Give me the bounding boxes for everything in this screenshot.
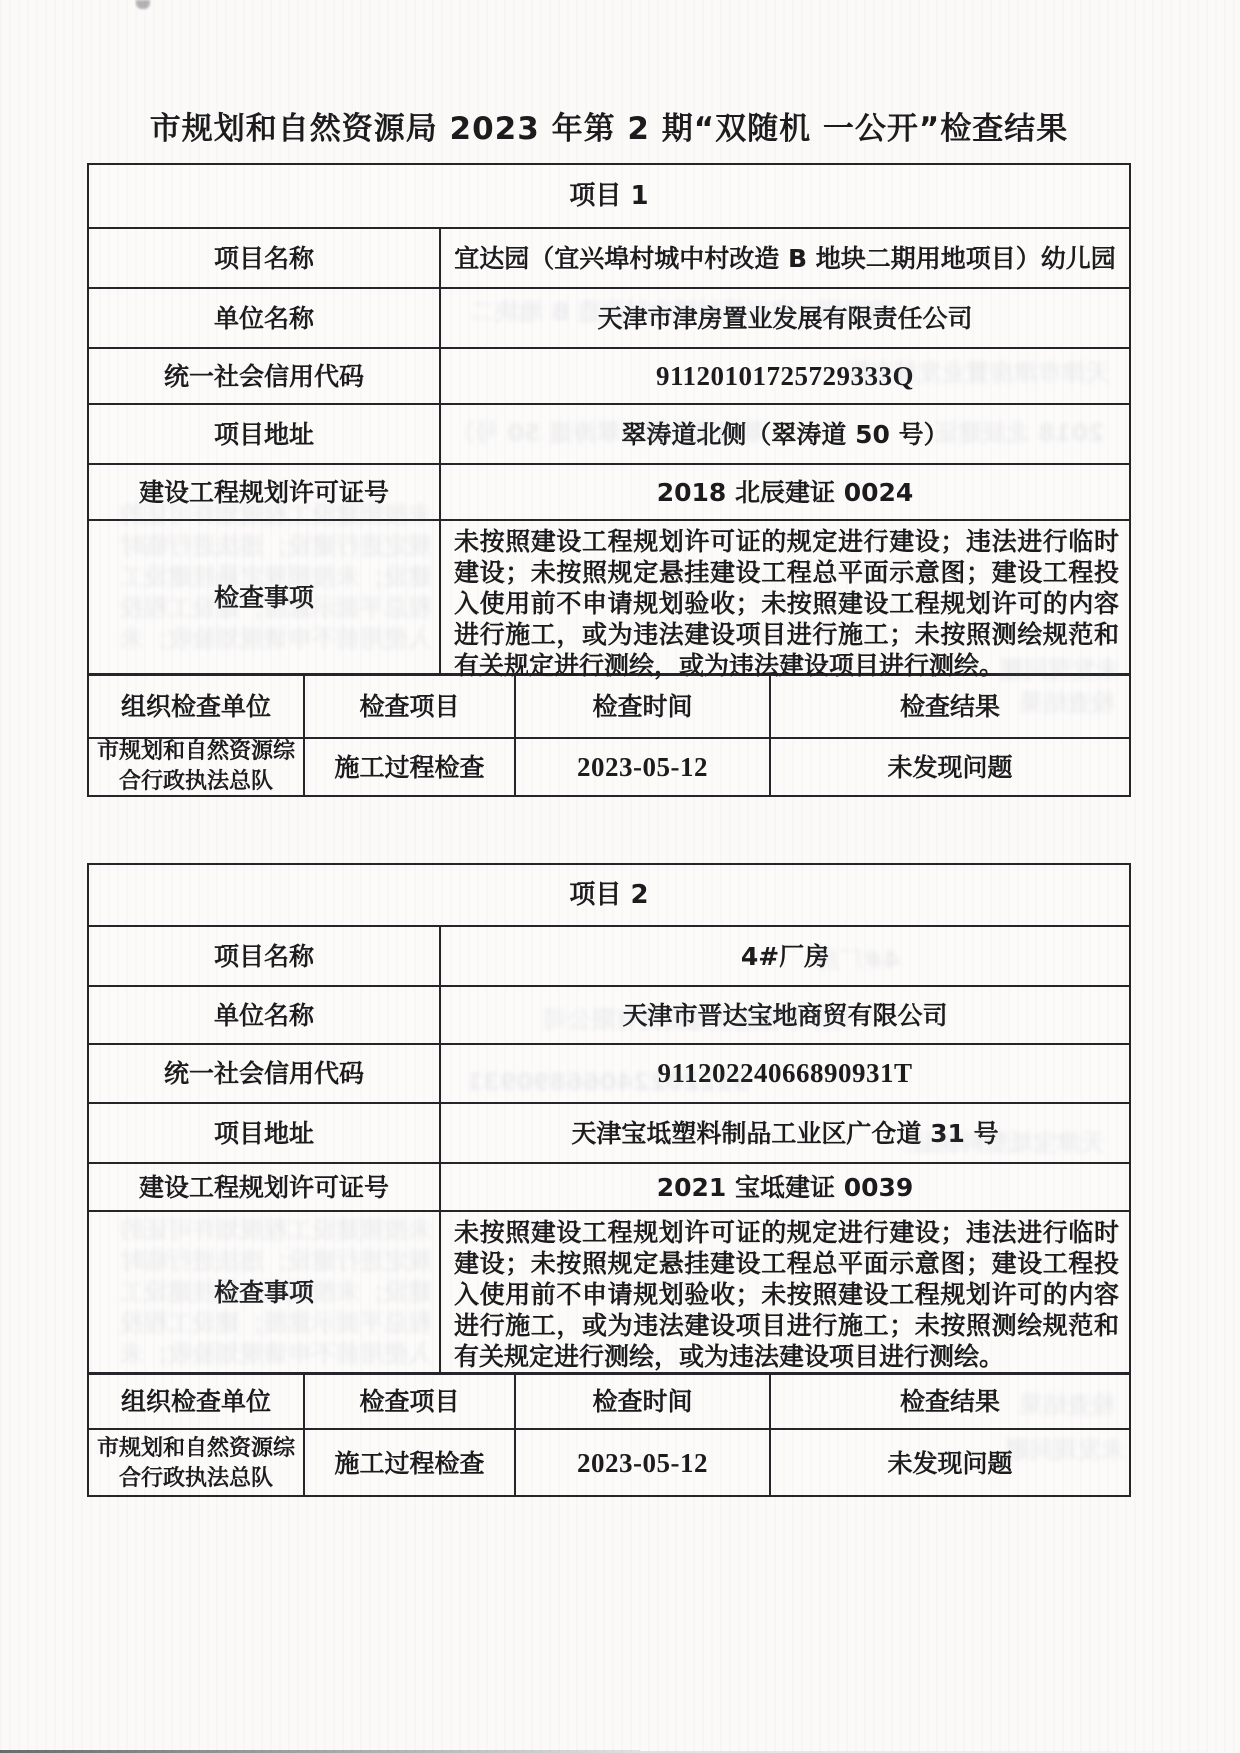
result-result: 未发现问题 — [769, 739, 1129, 795]
result-header-time: 检查时间 — [514, 1375, 769, 1428]
project-1-table: 项目 1 项目名称 宜达园（宜兴埠村城中村改造 B 地块二期用地项目）幼儿园 单… — [87, 163, 1131, 797]
result-time: 2023-05-12 — [514, 1430, 769, 1497]
field-label-address: 项目地址 — [89, 1104, 439, 1162]
result-data-row: 市规划和自然资源综合行政执法总队 施工过程检查 2023-05-12 未发现问题 — [89, 1428, 1129, 1497]
field-value-address: 翠涛道北侧（翠涛道 50 号） — [439, 405, 1129, 463]
field-label-inspection-items: 检查事项 — [89, 521, 439, 673]
field-value-permit-no: 2021 宝坻建证 0039 — [439, 1164, 1129, 1210]
result-item: 施工过程检查 — [303, 1430, 514, 1497]
field-value-credit-code: 91120224066890931T — [439, 1045, 1129, 1102]
field-label-address: 项目地址 — [89, 405, 439, 463]
result-header-item: 检查项目 — [303, 1375, 514, 1428]
result-time: 2023-05-12 — [514, 739, 769, 795]
field-value-permit-no: 2018 北辰建证 0024 — [439, 465, 1129, 519]
table-row-address: 项目地址 翠涛道北侧（翠涛道 50 号） — [89, 403, 1129, 463]
result-header-org: 组织检查单位 — [89, 676, 303, 737]
result-data-row: 市规划和自然资源综合行政执法总队 施工过程检查 2023-05-12 未发现问题 — [89, 737, 1129, 795]
field-value-inspection-items: 未按照建设工程规划许可证的规定进行建设；违法进行临时建设；未按照规定悬挂建设工程… — [439, 521, 1129, 673]
field-value-unit-name: 天津市晋达宝地商贸有限公司 — [439, 987, 1129, 1043]
table-row-unit-name: 单位名称 天津市晋达宝地商贸有限公司 — [89, 985, 1129, 1043]
table-row-project-name: 项目名称 4#厂房 — [89, 925, 1129, 985]
result-result: 未发现问题 — [769, 1430, 1129, 1497]
table-row-unit-name: 单位名称 天津市津房置业发展有限责任公司 — [89, 287, 1129, 347]
result-item: 施工过程检查 — [303, 739, 514, 795]
table-row-permit-no: 建设工程规划许可证号 2018 北辰建证 0024 — [89, 463, 1129, 519]
result-header-time: 检查时间 — [514, 676, 769, 737]
table-header-row: 项目 1 — [89, 165, 1129, 227]
table-header-row: 项目 2 — [89, 865, 1129, 925]
field-value-credit-code: 91120101725729333Q — [439, 349, 1129, 403]
result-org: 市规划和自然资源综合行政执法总队 — [89, 1430, 303, 1497]
field-value-unit-name: 天津市津房置业发展有限责任公司 — [439, 289, 1129, 347]
result-header-item: 检查项目 — [303, 676, 514, 737]
table-row-credit-code: 统一社会信用代码 91120101725729333Q — [89, 347, 1129, 403]
field-label-credit-code: 统一社会信用代码 — [89, 1045, 439, 1102]
field-label-permit-no: 建设工程规划许可证号 — [89, 1164, 439, 1210]
field-label-permit-no: 建设工程规划许可证号 — [89, 465, 439, 519]
scanned-document-page: 市规划和自然资源局 2023 年第 2 期“双随机 一公开”检查结果 项目 1 … — [0, 0, 1240, 1753]
field-value-inspection-items: 未按照建设工程规划许可证的规定进行建设；违法进行临时建设；未按照规定悬挂建设工程… — [439, 1212, 1129, 1372]
field-label-project-name: 项目名称 — [89, 229, 439, 287]
project-header: 项目 1 — [89, 165, 1129, 227]
document-title: 市规划和自然资源局 2023 年第 2 期“双随机 一公开”检查结果 — [87, 100, 1131, 150]
project-header: 项目 2 — [89, 865, 1129, 925]
field-label-unit-name: 单位名称 — [89, 289, 439, 347]
field-value-address: 天津宝坻塑料制品工业区广仓道 31 号 — [439, 1104, 1129, 1162]
result-header-result: 检查结果 — [769, 1375, 1129, 1428]
field-label-credit-code: 统一社会信用代码 — [89, 349, 439, 403]
field-label-unit-name: 单位名称 — [89, 987, 439, 1043]
project-2-table: 项目 2 项目名称 4#厂房 单位名称 天津市晋达宝地商贸有限公司 统一社会信用… — [87, 863, 1131, 1497]
field-label-project-name: 项目名称 — [89, 927, 439, 985]
result-header-row: 组织检查单位 检查项目 检查时间 检查结果 — [89, 1372, 1129, 1428]
table-row-permit-no: 建设工程规划许可证号 2021 宝坻建证 0039 — [89, 1162, 1129, 1210]
table-row-inspection-items: 检查事项 未按照建设工程规划许可证的规定进行建设；违法进行临时建设；未按照规定悬… — [89, 1210, 1129, 1372]
result-header-row: 组织检查单位 检查项目 检查时间 检查结果 — [89, 673, 1129, 737]
table-row-credit-code: 统一社会信用代码 91120224066890931T — [89, 1043, 1129, 1102]
table-row-inspection-items: 检查事项 未按照建设工程规划许可证的规定进行建设；违法进行临时建设；未按照规定悬… — [89, 519, 1129, 673]
scan-smudge — [136, 0, 150, 9]
field-value-project-name: 4#厂房 — [439, 927, 1129, 985]
result-header-result: 检查结果 — [769, 676, 1129, 737]
field-value-project-name: 宜达园（宜兴埠村城中村改造 B 地块二期用地项目）幼儿园 — [439, 229, 1129, 287]
field-label-inspection-items: 检查事项 — [89, 1212, 439, 1372]
table-row-address: 项目地址 天津宝坻塑料制品工业区广仓道 31 号 — [89, 1102, 1129, 1162]
table-row-project-name: 项目名称 宜达园（宜兴埠村城中村改造 B 地块二期用地项目）幼儿园 — [89, 227, 1129, 287]
result-header-org: 组织检查单位 — [89, 1375, 303, 1428]
result-org: 市规划和自然资源综合行政执法总队 — [89, 739, 303, 795]
